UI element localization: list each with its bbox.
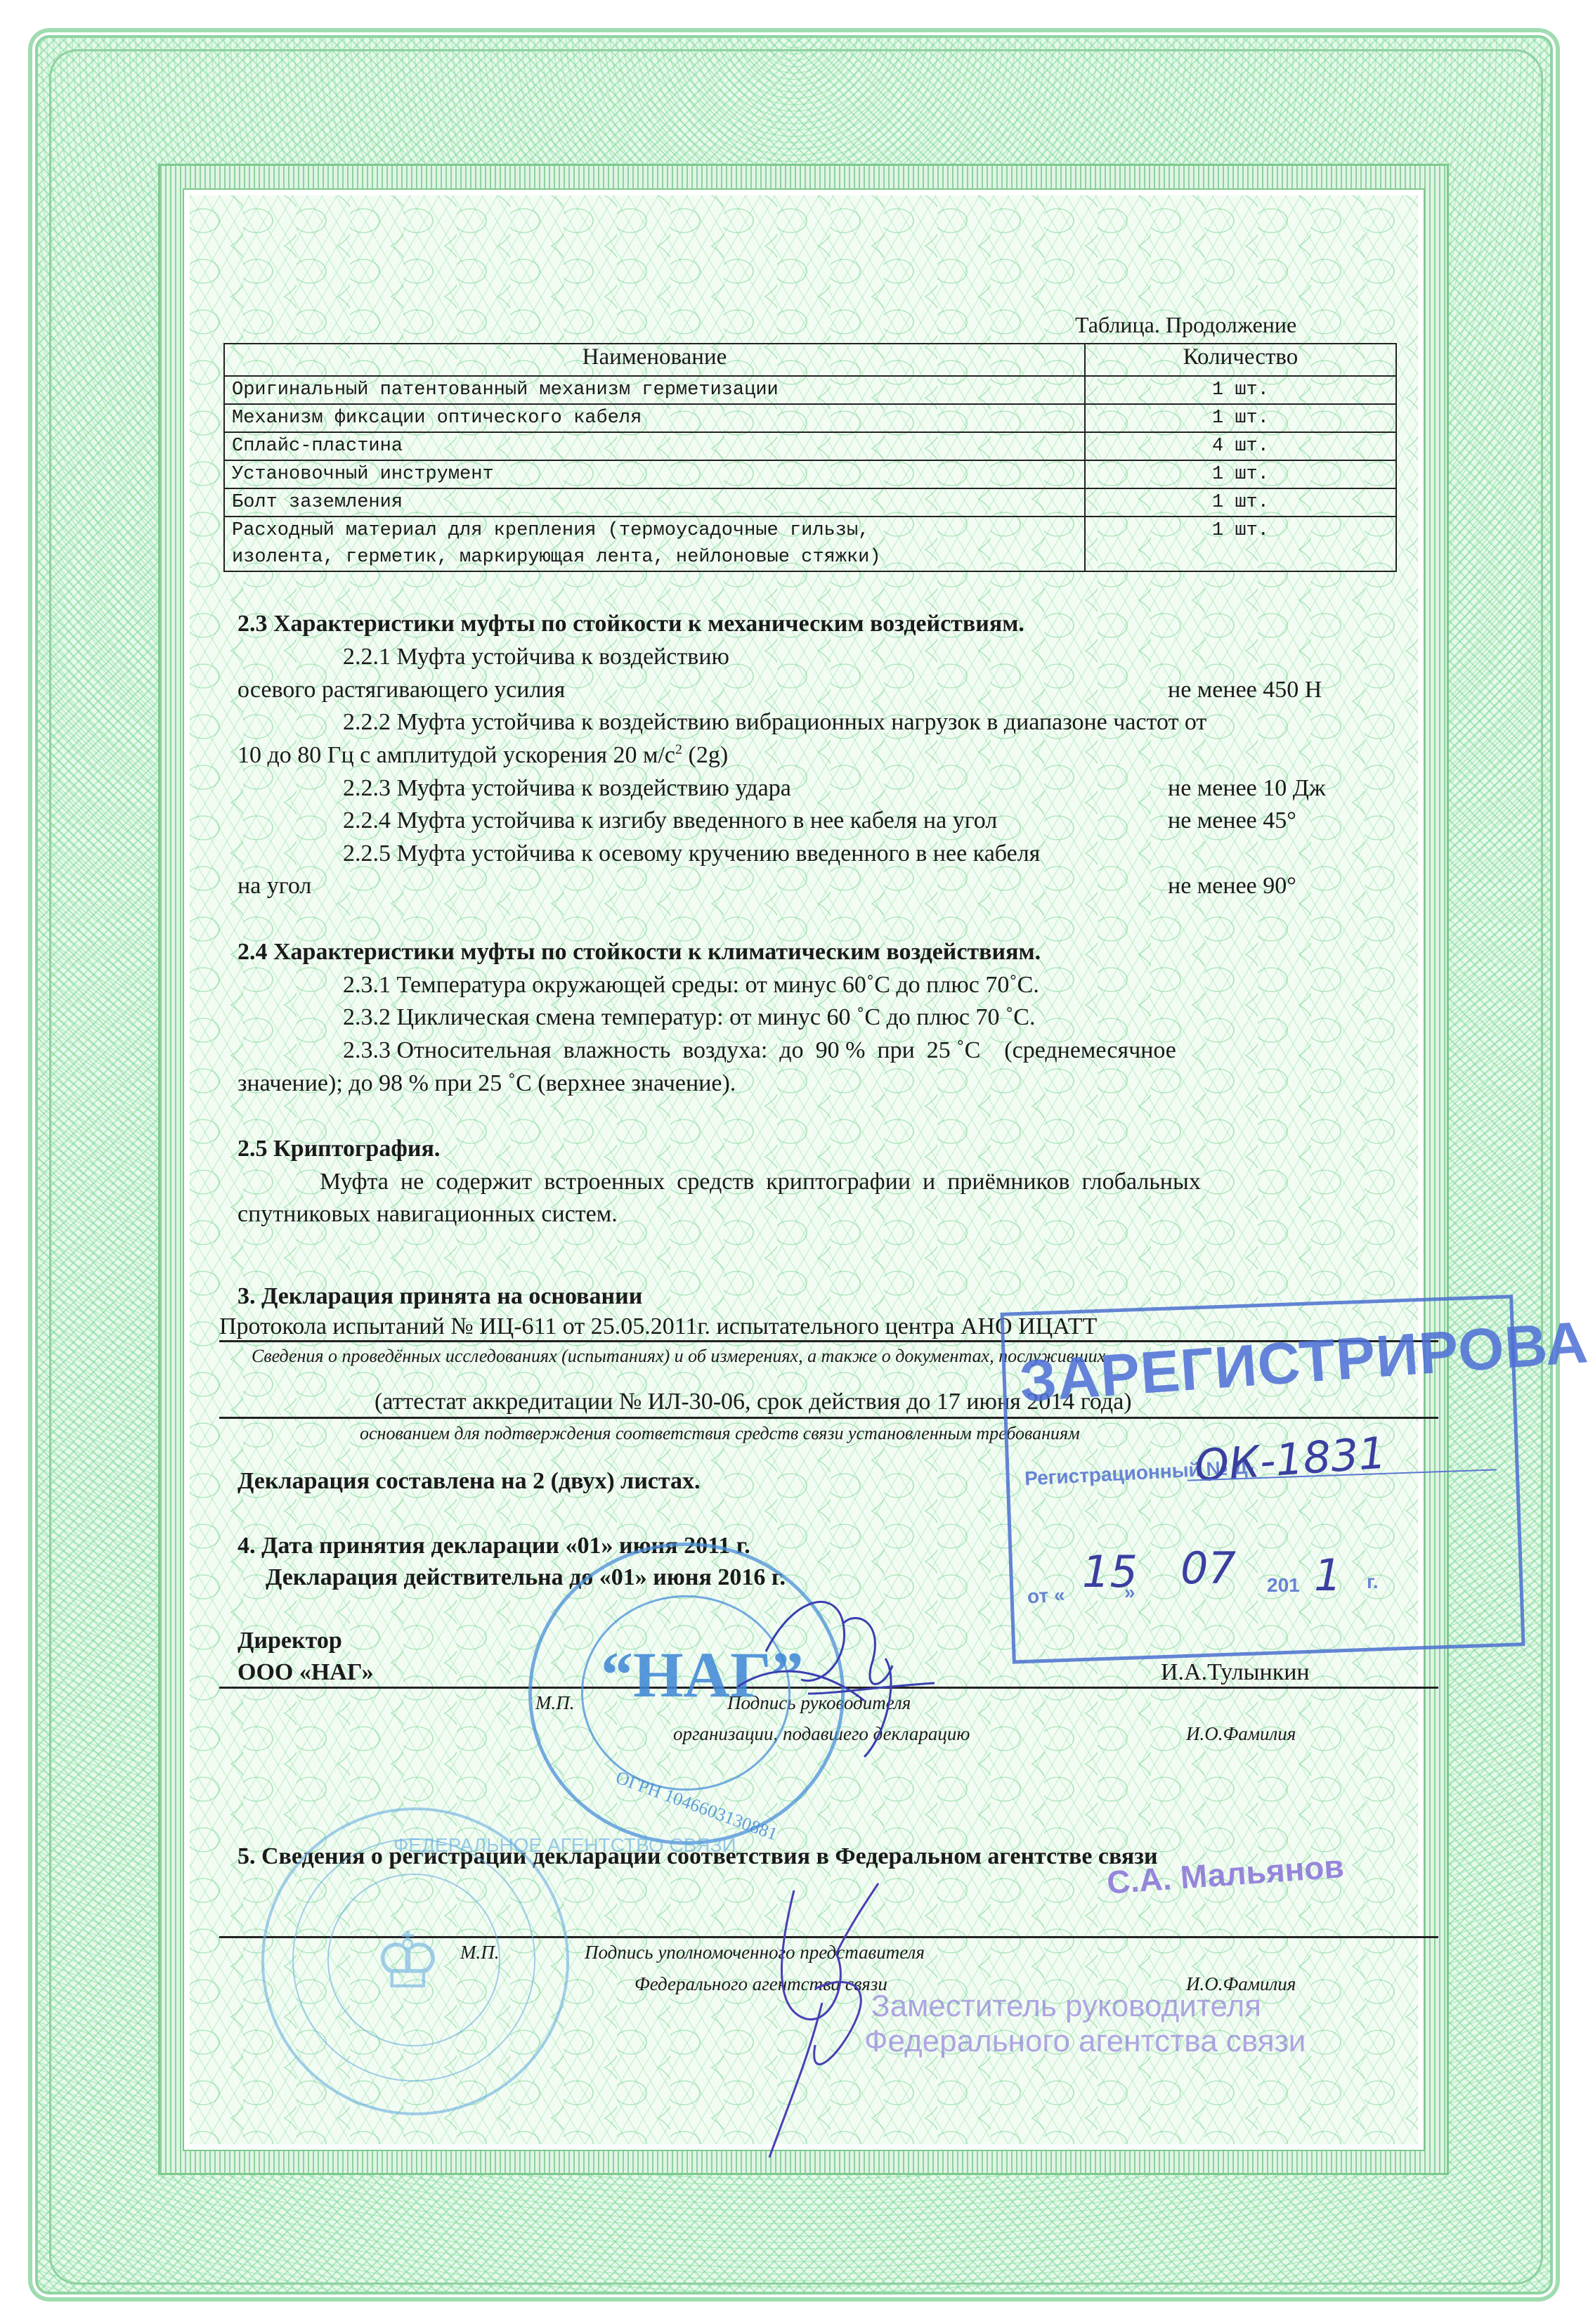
- table-row: Расходный материал для крепления (термоу…: [224, 517, 1396, 571]
- item-quantity: 1 шт.: [1085, 404, 1396, 432]
- crypto-statement: Муфта не содержит встроенных средств кри…: [320, 1168, 1201, 1195]
- item-name: Болт заземления: [224, 488, 1085, 517]
- clause-2-2-1-value: не менее 450 Н: [1168, 676, 1322, 703]
- text: 10 до 80 Гц с амплитудой ускорения 20 м/…: [237, 742, 675, 768]
- test-protocol: Протокола испытаний № ИЦ-611 от 25.05.20…: [219, 1313, 1097, 1340]
- clause-2-2-3: 2.2.3 Муфта устойчива к воздействию удар…: [343, 774, 791, 802]
- organization-name: ООО «НАГ»: [237, 1658, 374, 1686]
- superscript: 2: [675, 742, 682, 758]
- registration-date-quote: »: [1124, 1581, 1135, 1604]
- clause-2-2-1: 2.2.1 Муфта устойчива к воздействию: [343, 643, 729, 670]
- clause-2-2-2-cont: 10 до 80 Гц с амплитудой ускорения 20 м/…: [237, 741, 728, 769]
- section-heading-2-4: 2.4 Характеристики муфты по стойкости к …: [237, 938, 1041, 966]
- item-name: Механизм фиксации оптического кабеля: [224, 404, 1085, 432]
- registration-year-prefix: 201: [1267, 1574, 1300, 1597]
- item-quantity: 1 шт.: [1085, 488, 1396, 517]
- clause-2-2-1-cont: осевого растягивающего усилия: [237, 676, 565, 703]
- clause-2-3-1: 2.3.1 Температура окружающей среды: от м…: [343, 971, 1039, 999]
- item-name: Оригинальный патентованный механизм герм…: [224, 376, 1085, 404]
- caption-conformity-basis: основанием для подтверждения соответстви…: [360, 1423, 1080, 1444]
- table-header-row: Наименование Количество: [224, 344, 1396, 376]
- registration-year-handwritten: 1: [1314, 1550, 1341, 1601]
- item-quantity: 1 шт.: [1085, 460, 1396, 488]
- clause-2-2-4: 2.2.4 Муфта устойчива к изгибу введенног…: [343, 807, 997, 834]
- signer-name: И.А.Тулынкин: [1161, 1658, 1310, 1686]
- item-name: Сплайс-пластина: [224, 432, 1085, 460]
- clause-2-3-3: 2.3.3 Относительная влажность воздуха: д…: [343, 1037, 1176, 1064]
- item-name-line: изолента, герметик, маркирующая лента, н…: [232, 544, 1077, 571]
- coat-of-arms-icon: ♔: [373, 1916, 443, 2006]
- table-row: Установочный инструмент1 шт.: [224, 460, 1396, 488]
- table-caption: Таблица. Продолжение: [1075, 312, 1296, 338]
- item-quantity: 1 шт.: [1085, 517, 1396, 571]
- section-heading-3: 3. Декларация принята на основании: [237, 1283, 642, 1310]
- column-header-name: Наименование: [224, 344, 1085, 376]
- section-heading-2-3: 2.3 Характеристики муфты по стойкости к …: [237, 610, 1024, 637]
- clause-2-2-2: 2.2.2 Муфта устойчива к воздействию вибр…: [343, 708, 1206, 736]
- registration-month-handwritten: 07: [1180, 1543, 1236, 1594]
- clause-2-2-5-value: не менее 90°: [1168, 872, 1296, 900]
- federal-agency-seal-text: ФЕДЕРАЛЬНОЕ АГЕНТСТВО СВЯЗИ: [393, 1834, 736, 1857]
- clause-2-2-4-value: не менее 45°: [1168, 807, 1296, 834]
- equipment-table: Наименование Количество Оригинальный пат…: [223, 343, 1397, 572]
- clause-2-2-5: 2.2.5 Муфта устойчива к осевому кручению…: [343, 840, 1040, 867]
- table-row: Оригинальный патентованный механизм герм…: [224, 376, 1396, 404]
- sheets-count: Декларация составлена на 2 (двух) листах…: [237, 1467, 701, 1495]
- registration-year-suffix: г.: [1367, 1571, 1379, 1593]
- item-name: Расходный материал для крепления (термоу…: [224, 517, 1085, 571]
- agency-signature: [731, 1862, 942, 2164]
- clause-2-3-2: 2.3.2 Циклическая смена температур: от м…: [343, 1004, 1035, 1031]
- crypto-statement-cont: спутниковых навигационных систем.: [237, 1200, 618, 1228]
- table-row: Болт заземления1 шт.: [224, 488, 1396, 517]
- signer-position: Директор: [237, 1627, 342, 1654]
- table-row: Сплайс-пластина4 шт.: [224, 432, 1396, 460]
- item-name-line: Расходный материал для крепления (термоу…: [232, 517, 1077, 544]
- clause-2-3-3-cont: значение); до 98 % при 25 ˚С (верхнее зн…: [237, 1070, 736, 1097]
- section-heading-2-5: 2.5 Криптография.: [237, 1135, 440, 1162]
- item-quantity: 1 шт.: [1085, 376, 1396, 404]
- director-signature: [724, 1581, 956, 1764]
- registration-date-from-label: от «: [1027, 1584, 1065, 1609]
- name-caption: И.О.Фамилия: [1186, 1723, 1296, 1745]
- clause-2-2-5-cont: на угол: [237, 872, 311, 900]
- item-quantity: 4 шт.: [1085, 432, 1396, 460]
- clause-2-2-3-value: не менее 10 Дж: [1168, 774, 1325, 802]
- column-header-quantity: Количество: [1085, 344, 1396, 376]
- caption-tests-info: Сведения о проведённых исследованиях (ис…: [252, 1346, 1105, 1367]
- item-name: Установочный инструмент: [224, 460, 1085, 488]
- table-row: Механизм фиксации оптического кабеля1 шт…: [224, 404, 1396, 432]
- text: (2g): [682, 742, 728, 768]
